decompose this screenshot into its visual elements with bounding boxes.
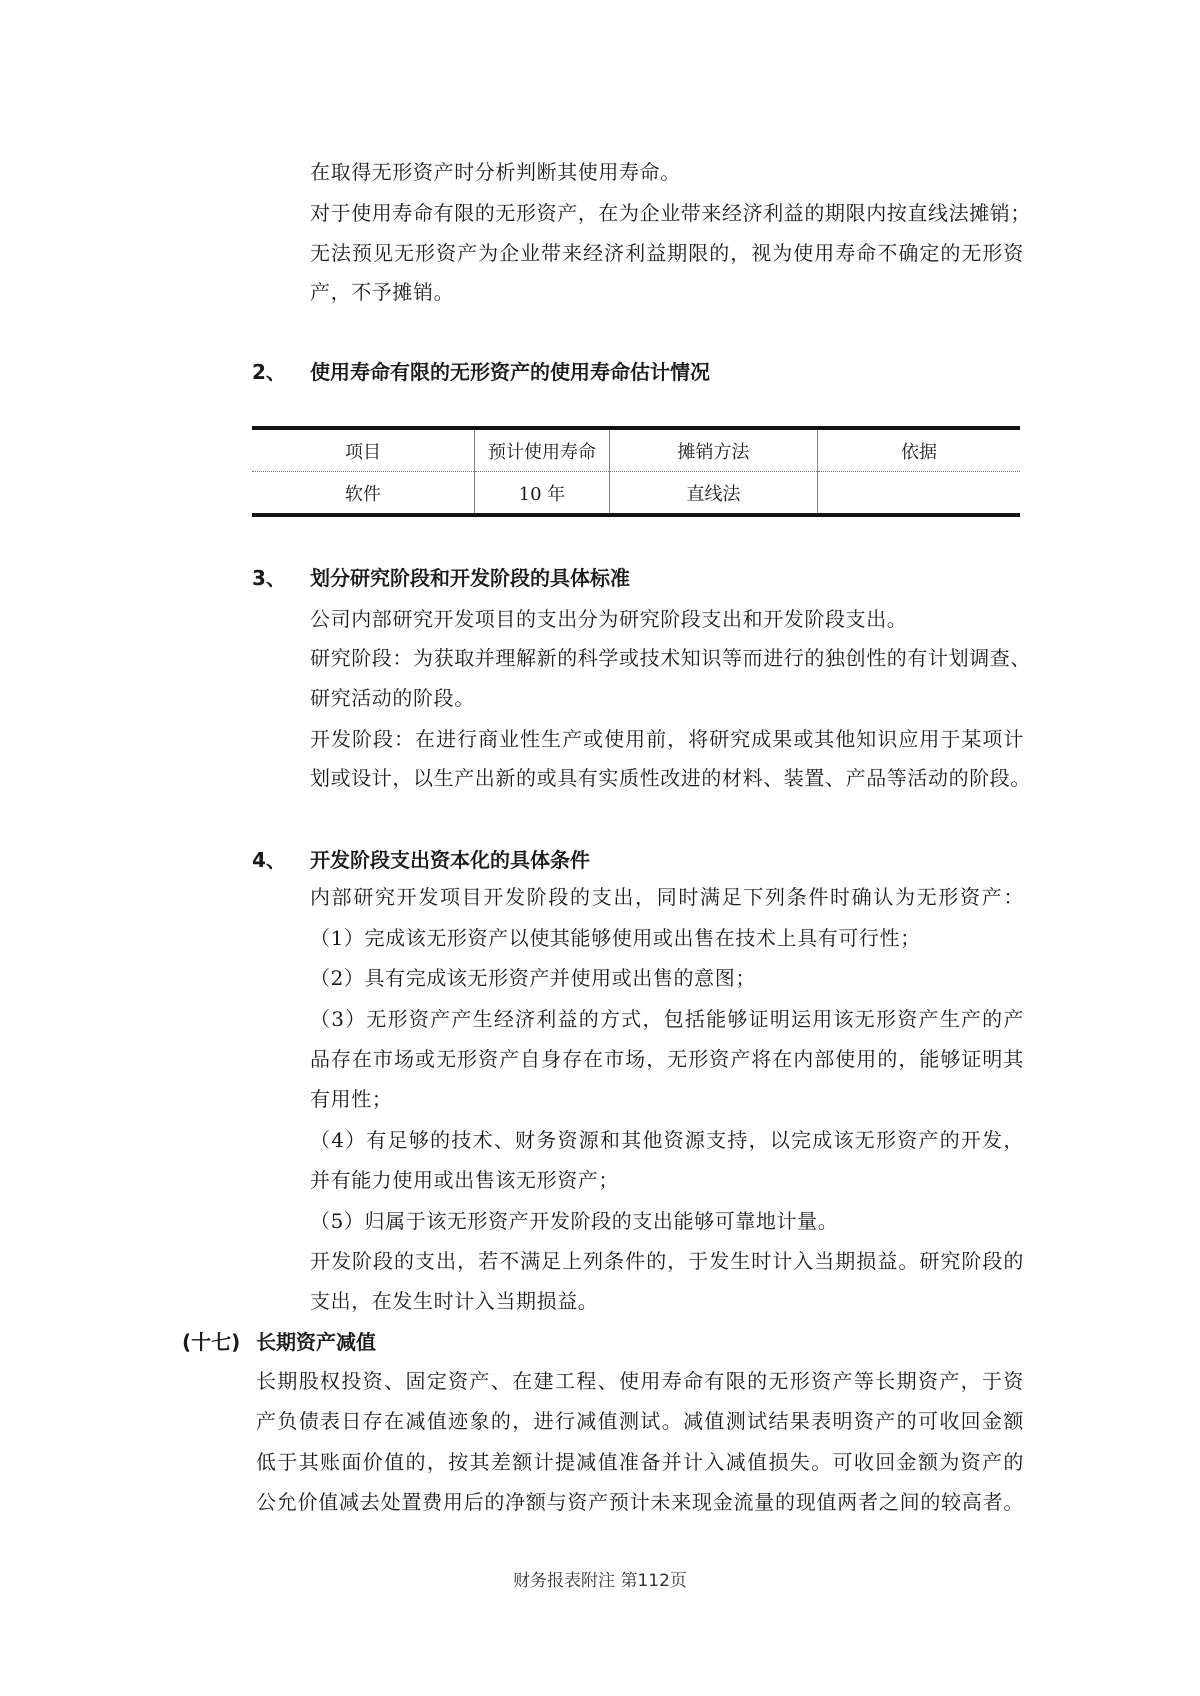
table-header-cell: 摊销方法: [610, 428, 818, 472]
list-item: （3）无形资产产生经济利益的方式，包括能够证明运用该无形资产生产的产: [310, 1007, 1024, 1031]
section-number: (十七): [182, 1330, 240, 1354]
list-item: （1）完成该无形资产以使其能够使用或出售在技术上具有可行性；: [310, 926, 921, 950]
section-number: 2、: [252, 360, 286, 384]
text-line: 公司内部研究开发项目的支出分为研究阶段支出和开发阶段支出。: [310, 607, 907, 631]
section-title: 长期资产减值: [256, 1330, 376, 1354]
table-cell: 直线法: [610, 472, 818, 516]
list-item: （2）具有完成该无形资产并使用或出售的意图；: [310, 966, 756, 990]
table-header-row: 项目 预计使用寿命 摊销方法 依据: [252, 428, 1020, 472]
section-number: 4、: [252, 848, 286, 872]
table-header-cell: 依据: [818, 428, 1021, 472]
list-item: （5）归属于该无形资产开发阶段的支出能够可靠地计量。: [310, 1209, 838, 1233]
text-line: 开发阶段：在进行商业性生产或使用前，将研究成果或其他知识应用于某项计: [310, 727, 1024, 751]
text-line: 低于其账面价值的，按其差额计提减值准备并计入减值损失。可收回金额为资产的: [256, 1450, 1024, 1474]
list-item: （4）有足够的技术、财务资源和其他资源支持，以完成该无形资产的开发，: [310, 1128, 1024, 1152]
table-row: 软件 10 年 直线法: [252, 472, 1020, 516]
text-line: 并有能力使用或出售该无形资产；: [310, 1168, 619, 1192]
text-line: 品存在市场或无形资产自身存在市场，无形资产将在内部使用的，能够证明其: [310, 1047, 1024, 1071]
table-cell: [818, 472, 1021, 516]
text-line: 开发阶段的支出，若不满足上列条件的，于发生时计入当期损益。研究阶段的: [310, 1249, 1024, 1273]
text-line: 产负债表日存在减值迹象的，进行减值测试。减值测试结果表明资产的可收回金额: [256, 1409, 1024, 1433]
section-title: 使用寿命有限的无形资产的使用寿命估计情况: [310, 360, 710, 384]
table-header-cell: 项目: [252, 428, 475, 472]
text-line: 无法预见无形资产为企业带来经济利益期限的，视为使用寿命不确定的无形资: [310, 241, 1024, 265]
text-line: 长期股权投资、固定资产、在建工程、使用寿命有限的无形资产等长期资产，于资: [256, 1369, 1024, 1393]
text-line: 公允价值减去处置费用后的净额与资产预计未来现金流量的现值两者之间的较高者。: [256, 1490, 1024, 1514]
text-line: 支出，在发生时计入当期损益。: [310, 1289, 598, 1313]
table-cell: 软件: [252, 472, 475, 516]
section-title: 开发阶段支出资本化的具体条件: [310, 848, 590, 872]
text-line: 产，不予摊销。: [310, 280, 454, 304]
section-number: 3、: [252, 566, 286, 590]
text-line: 研究活动的阶段。: [310, 686, 475, 710]
useful-life-table: 项目 预计使用寿命 摊销方法 依据 软件 10 年 直线法: [252, 426, 1020, 517]
text-line: 划或设计，以生产出新的或具有实质性改进的材料、装置、产品等活动的阶段。: [310, 766, 1024, 790]
text-line: 有用性；: [310, 1087, 392, 1111]
text-line: 研究阶段：为获取并理解新的科学或技术知识等而进行的独创性的有计划调查、: [310, 646, 1024, 670]
page-footer: 财务报表附注 第112页: [0, 1566, 1200, 1591]
table-cell: 10 年: [475, 472, 610, 516]
text-line: 在取得无形资产时分析判断其使用寿命。: [310, 160, 681, 184]
text-line: 对于使用寿命有限的无形资产，在为企业带来经济利益的期限内按直线法摊销；: [310, 201, 1024, 225]
text-line: 内部研究开发项目开发阶段的支出，同时满足下列条件时确认为无形资产：: [310, 885, 1024, 909]
table-header-cell: 预计使用寿命: [475, 428, 610, 472]
section-title: 划分研究阶段和开发阶段的具体标准: [310, 566, 630, 590]
